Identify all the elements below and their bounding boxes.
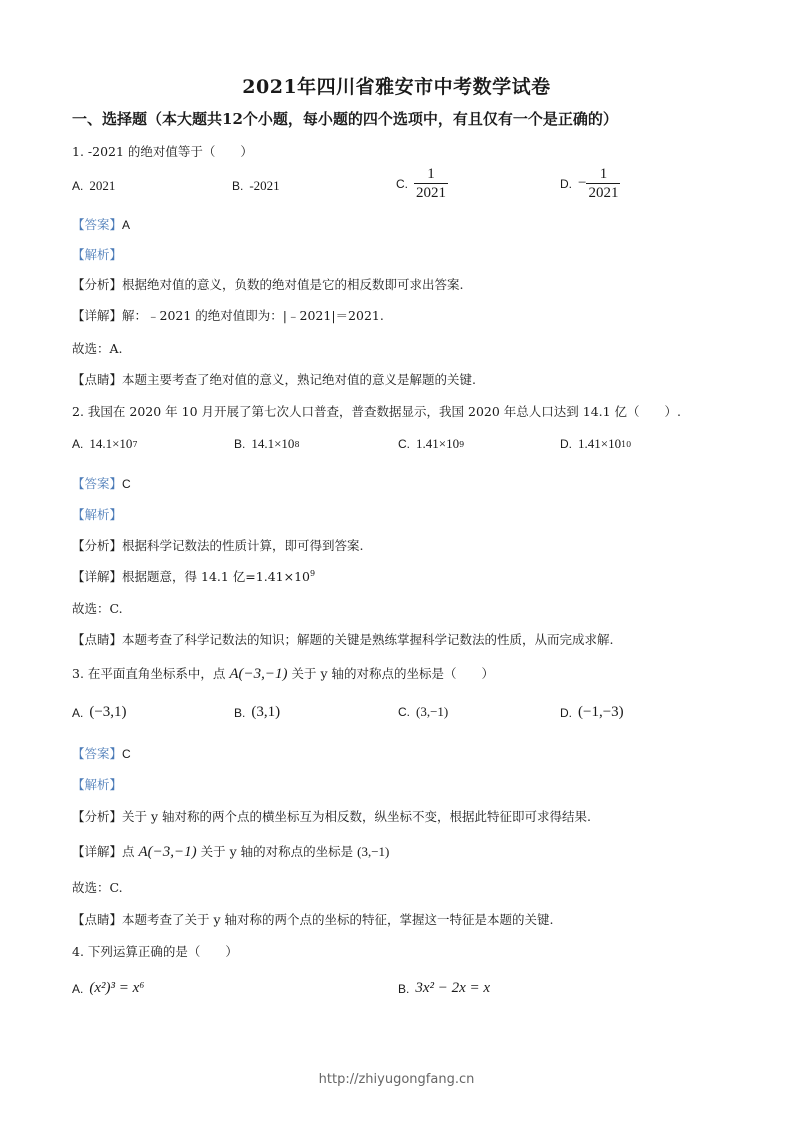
q3-option-b: B. (3,1) bbox=[234, 704, 280, 721]
q1-option-c: C. 1 2021 bbox=[396, 166, 448, 201]
page-title: 2021年四川省雅安市中考数学试卷 bbox=[0, 72, 793, 99]
q2-option-d: D. 1.41×1010 bbox=[560, 436, 631, 452]
q2-option-a: A. 14.1×107 bbox=[72, 436, 138, 452]
footer-url: http://zhiyugongfang.cn bbox=[0, 1072, 793, 1087]
q1-option-b: B. -2021 bbox=[232, 178, 280, 194]
fraction: 1 2021 bbox=[414, 166, 448, 201]
q1-conclusion: 故选：A. bbox=[72, 339, 123, 357]
q4-option-a: A. (x²)³ = x⁶ bbox=[72, 980, 144, 997]
q3-conclusion: 故选：C. bbox=[72, 878, 123, 896]
q4-option-b: B. 3x² − 2x = x bbox=[398, 980, 490, 997]
q1-answer: 【答案】A bbox=[72, 215, 130, 233]
question-3-stem: 3. 在平面直角坐标系中，点 A(−3,−1) 关于 y 轴的对称点的坐标是（ … bbox=[72, 664, 494, 683]
q3-option-d: D. (−1,−3) bbox=[560, 704, 624, 721]
q3-xiangjie: 【详解】点 A(−3,−1) 关于 y 轴的对称点的坐标是 (3,−1) bbox=[72, 842, 389, 861]
q3-option-c: C. (3,−1) bbox=[398, 704, 448, 720]
q3-analysis-label: 【解析】 bbox=[72, 775, 122, 793]
question-1-stem: 1. -2021 的绝对值等于（ ） bbox=[72, 142, 253, 160]
q1-xiangjie: 【详解】解：﹣2021 的绝对值即为：|﹣2021|＝2021. bbox=[72, 306, 384, 324]
q1-option-a: A. 2021 bbox=[72, 178, 115, 194]
exam-page: 2021年四川省雅安市中考数学试卷 一、选择题（本大题共12个小题，每小题的四个… bbox=[0, 0, 793, 1122]
q2-answer: 【答案】C bbox=[72, 474, 131, 492]
q2-analysis-label: 【解析】 bbox=[72, 505, 122, 523]
q2-conclusion: 故选：C. bbox=[72, 599, 123, 617]
fraction: 1 2021 bbox=[586, 166, 620, 201]
q1-analysis-label: 【解析】 bbox=[72, 245, 122, 263]
q1-dianjing: 【点睛】本题主要考查了绝对值的意义，熟记绝对值的意义是解题的关键. bbox=[72, 370, 476, 388]
section-heading: 一、选择题（本大题共12个小题，每小题的四个选项中，有且仅有一个是正确的） bbox=[72, 108, 618, 129]
q2-xiangjie: 【详解】根据题意，得 14.1 亿=1.41×109 bbox=[72, 567, 315, 585]
q2-option-c: C. 1.41×109 bbox=[398, 436, 464, 452]
q2-fenxi: 【分析】根据科学记数法的性质计算，即可得到答案. bbox=[72, 536, 364, 554]
q1-fenxi: 【分析】根据绝对值的意义，负数的绝对值是它的相反数即可求出答案. bbox=[72, 275, 464, 293]
q3-fenxi: 【分析】关于 y 轴对称的两个点的横坐标互为相反数，纵坐标不变，根据此特征即可求… bbox=[72, 807, 591, 825]
question-2-stem: 2. 我国在 2020 年 10 月开展了第七次人口普查，普查数据显示，我国 2… bbox=[72, 402, 681, 420]
q1-option-d: D. − 1 2021 bbox=[560, 166, 620, 201]
q3-answer: 【答案】C bbox=[72, 744, 131, 762]
question-4-stem: 4. 下列运算正确的是（ ） bbox=[72, 942, 238, 960]
q3-option-a: A. (−3,1) bbox=[72, 704, 127, 721]
q3-dianjing: 【点睛】本题考查了关于 y 轴对称的两个点的坐标的特征，掌握这一特征是本题的关键… bbox=[72, 910, 554, 928]
q2-dianjing: 【点睛】本题考查了科学记数法的知识；解题的关键是熟练掌握科学记数法的性质，从而完… bbox=[72, 630, 614, 648]
q2-option-b: B. 14.1×108 bbox=[234, 436, 300, 452]
